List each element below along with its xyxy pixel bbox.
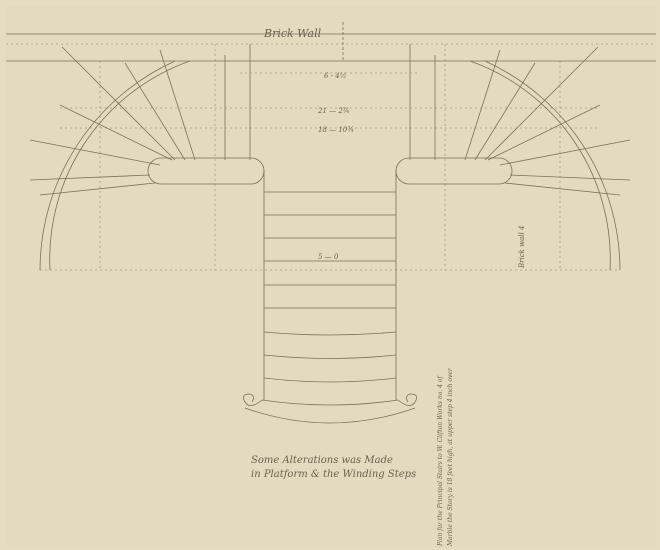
landing-dimension-a: 21 — 2¾ [318,107,350,115]
drawing-sheet: Brick Wall 6 - 4½ 21 — 2¾ 18 — 10¾ 5 — 0… [6,6,656,548]
note-line-1: Some Alterations was Made [251,454,416,468]
landing-dimension-b: 18 — 10¾ [318,126,354,134]
side-line-1: Plan for the Principal Stairs to W. Clif… [436,368,446,546]
flight-width-dimension: 5 — 0 [318,253,338,261]
note-line-2: in Platform & the Winding Steps [251,468,416,482]
plan-title-note: Plan for the Principal Stairs to W. Clif… [436,368,456,546]
side-line-2: Marble the Story is 18 feet high, at upp… [446,368,456,546]
right-wall-label: Brick wall 4 [518,226,526,268]
brick-wall-label: Brick Wall [264,27,321,40]
alteration-note: Some Alterations was Made in Platform & … [251,454,416,482]
top-span-dimension: 6 - 4½ [324,72,347,80]
